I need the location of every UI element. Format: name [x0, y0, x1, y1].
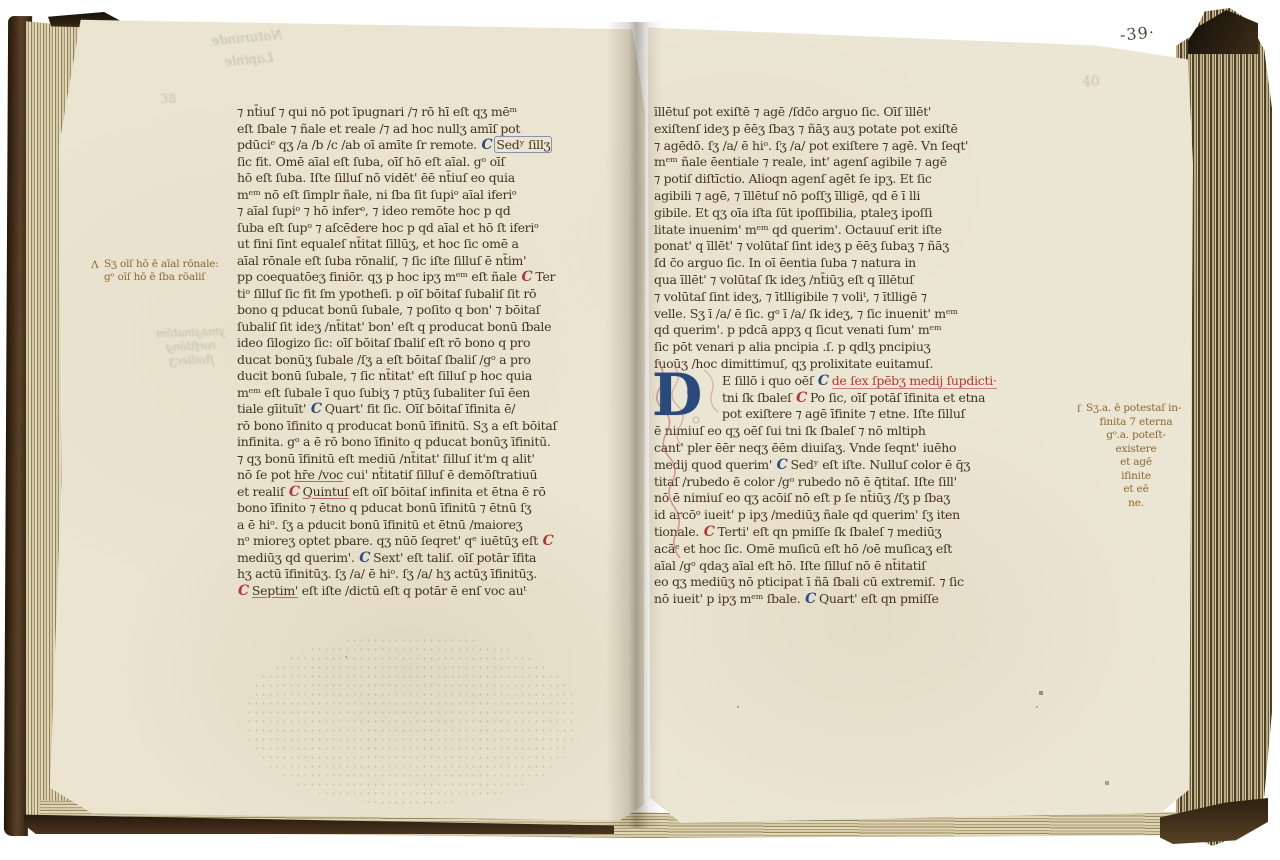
- margin-note-line: finita 7 eterna: [1086, 416, 1186, 430]
- manuscript-text-line: ſic pōt venari p alia pncipia .ſ. p qdlʒ…: [654, 339, 1030, 356]
- manuscript-text-line: tionale. CTerti' eſt qn pmiſſe ſk ſbaleſ…: [654, 524, 1030, 541]
- manuscript-text-line: īllētuſ pot exiſtē ⁊ agē /ſdc̄o arguo ſi…: [654, 104, 1030, 121]
- manuscript-text-line: ducat bonūʒ ſubale /ſʒ a eſt bōitaſ ſbal…: [237, 352, 609, 369]
- manuscript-text-line: hʒ actū īfinitūʒ. ſʒ /a/ ē hiᵒ. ſʒ /a/ h…: [237, 566, 609, 583]
- margin-note-line: Sʒ.a. ē potestaſ in-: [1086, 402, 1186, 416]
- showthrough-folio-38: 38: [160, 92, 177, 107]
- manuscript-text-line: aīal /gᵒ qdaʒ aīal eſt hō. Iſte ſilluſ n…: [654, 558, 1030, 575]
- left-page-text-column: ⁊ nt̄iuſ ⁊ qui nō pot īpugnari /⁊ rō hī …: [237, 104, 609, 608]
- showthrough-margin-note: ymaginatōmrorſtlōngſtoillecʒ: [135, 324, 246, 370]
- manuscript-text-line: ideo ſilogizo ſic: oīſ bōitaſ ſbaliſ eſt…: [237, 335, 609, 352]
- manuscript-text-line: id arcōᵒ iueit' p ipʒ /mediūʒ ñale qd qu…: [654, 507, 1030, 524]
- manuscript-text-line: aīal rōnale eſt ſuba rōnaliſ, ⁊ ſic iſte…: [237, 253, 609, 270]
- manuscript-text-line: qua īllēt' ⁊ volūtaſ ſk ideʒ /nt̄iūʒ eſt…: [654, 272, 1030, 289]
- manuscript-text-line: ſuba eſt ſupᵒ ⁊ aſcēdere hoc p qd aīal e…: [237, 220, 609, 237]
- manuscript-text-line: eſt ſbale ⁊ ñale et reale /⁊ ad hoc null…: [237, 121, 609, 138]
- manuscript-text-line: ſic fit. Omē aīal eſt ſuba, oīſ hō eſt a…: [237, 154, 609, 171]
- manuscript-text-line: nᵒ mioreʒ optet pbare. qʒ nūō ſeqret' qᵉ…: [237, 533, 609, 550]
- margin-note-line: et eē: [1086, 483, 1186, 497]
- manuscript-text-line: nō ē nimiuſ eo qʒ acōiſ nō eſt p ſe nt̄i…: [654, 490, 1030, 507]
- manuscript-text-line: titaſ /rubedo ē color /gᵒ rubedo nō ē q̄…: [654, 474, 1030, 491]
- manuscript-text-line: eo qʒ mediūʒ nō pticipat ī ñā ſbali cū e…: [654, 574, 1030, 591]
- margin-note-line: gᵒ.a. poteſt-: [1086, 429, 1186, 443]
- illuminated-initial-D: D: [654, 370, 716, 428]
- right-top-cover-notch: [1188, 10, 1258, 54]
- margin-note-line: et agē: [1086, 456, 1186, 470]
- caret-mark: ſ: [1077, 403, 1081, 417]
- ink-specks: [0, 0, 2, 2]
- manuscript-text-line: litate inuenim' mᵉᵐ qd querim'. Octauuſ …: [654, 222, 1030, 239]
- manuscript-text-line: pp coequatōeʒ finiōr. qʒ p hoc ipʒ mᵉᵐ e…: [237, 269, 609, 286]
- manuscript-book-photo: Naturande Lapinle ymaginatōmrorſtlōngſto…: [0, 0, 1280, 860]
- manuscript-text-line: velle. Sʒ ī /a/ ē ſic. gᵒ ī /a/ ſk ideʒ,…: [654, 306, 1030, 323]
- manuscript-text-line: medij quod querim' CSedʸ eſt iſte. Nullu…: [654, 457, 1030, 474]
- parchment-speckle-texture: [246, 636, 576, 804]
- manuscript-text-line: agibili ⁊ agē, ⁊ īllētuſ nō poſſʒ īlligē…: [654, 188, 1030, 205]
- manuscript-text-line: ſubaliſ ſit ideʒ /nt̄itat' bon' eſt q pr…: [237, 319, 609, 336]
- manuscript-text-line: ⁊ aīal ſupiᵒ ⁊ hō inferᵒ, ⁊ ideo remōte …: [237, 203, 609, 220]
- manuscript-text-line: ⁊ agēdō. ſʒ /a/ ē hiᵒ. ſʒ /a/ pot exiſte…: [654, 138, 1030, 155]
- margin-note-line: ifinite: [1086, 470, 1186, 484]
- manuscript-text-line: pdūciᵉ qʒ /a /b /c /ab oī amīte ſr remot…: [237, 137, 609, 154]
- manuscript-text-line: a ē hiᵒ. ſʒ a pducit bonū īfinitū et ētn…: [237, 517, 609, 534]
- manuscript-text-line: mediūʒ qd querim'. CSext' eſt taliſ. oīſ…: [237, 550, 609, 567]
- manuscript-text-line: ponat' q īllēt' ⁊ volūtaſ ſint ideʒ p ēē…: [654, 238, 1030, 255]
- manuscript-text-line: bono q pducat bonū ſubale, ⁊ poſito q bo…: [237, 302, 609, 319]
- manuscript-text-line: tiᵒ ſilluſ ſic fit ſm ypotheſi. p oīſ bō…: [237, 286, 609, 303]
- margin-note-right: ſ Sʒ.a. ē potestaſ in-finita 7 eternagᵒ.…: [1086, 402, 1186, 510]
- manuscript-text-line: mᵉᵐ ñale ēentiale ⁊ reale, int' agenſ ag…: [654, 154, 1030, 171]
- manuscript-text-line: gibile. Et qʒ oīa iſta ſūt ipoſſibilia, …: [654, 205, 1030, 222]
- manuscript-text-line: nō ſe pot hr̄e /voc cui' nt̄itatiſ ſillu…: [237, 467, 609, 484]
- manuscript-text-line: ⁊ qʒ bonū īfinitū eſt mediū /nt̄itat' ſi…: [237, 451, 609, 468]
- folio-number: -39·: [1119, 23, 1155, 45]
- showthrough-folio-40: 40: [1082, 74, 1100, 90]
- manuscript-text-line: ducit bonū ſubale, ⁊ ſic nt̄itat' eſt ſi…: [237, 368, 609, 385]
- manuscript-text-line: nō iueit' p ipʒ mᵉᵐ ſbale. CQuart' eſt q…: [654, 591, 1030, 608]
- manuscript-text-line: qd querim'. p pdcā appʒ q ſicut venati ſ…: [654, 322, 1030, 339]
- manuscript-text-line: et realiſ CQuintuſ eſt oīſ bōitaſ infini…: [237, 484, 609, 501]
- manuscript-text-line: CSeptim' eſt iſte /dictū eſt q potār ē e…: [237, 583, 609, 600]
- margin-note-left: Λ Sʒ oīſ hō ē aīal rōnale:gᵒ oīſ hō ē ſb…: [104, 258, 254, 284]
- caret-mark: Λ: [91, 259, 98, 272]
- manuscript-text-line: bono īfinito ⁊ ētno q pducat bonū īfinit…: [237, 500, 609, 517]
- margin-note-line: existere: [1086, 443, 1186, 457]
- manuscript-text-line: ſd c̄o arguo ſic. In oī ēentia ſuba ⁊ na…: [654, 255, 1030, 272]
- margin-note-line: ne.: [1086, 497, 1186, 511]
- manuscript-text-line: mᵉᵐ nō eſt ſimplr ñale, ni ſba ſit ſupiᵒ…: [237, 187, 609, 204]
- manuscript-text-line: mᵉᵐ eſt ſubale ī quo ſubiʒ ⁊ ptūʒ ſubali…: [237, 385, 609, 402]
- manuscript-text-line: ut fini ſint equaleſ nt̄itat ſillūʒ, et …: [237, 236, 609, 253]
- right-page-text-column: D īllētuſ pot exiſtē ⁊ agē /ſdc̄o arguo …: [654, 104, 1030, 616]
- manuscript-text-line: exiſtenſ ideʒ p ēēʒ ſbaʒ ⁊ ñāʒ auʒ potat…: [654, 121, 1030, 138]
- manuscript-text-line: hō eſt ſuba. Iſte ſilluſ nō vidēt' ēē nt…: [237, 170, 609, 187]
- manuscript-text-line: acāᵉ et hoc ſic. Omē muſicū eſt hō /oē m…: [654, 541, 1030, 558]
- margin-note-line: gᵒ oīſ hō ē ſba rōaliſ: [104, 271, 254, 284]
- manuscript-text-line: cant' pler ēēr neqʒ ēēm diuiſaʒ. Vnde ſe…: [654, 440, 1030, 457]
- margin-note-line: Sʒ oīſ hō ē aīal rōnale:: [104, 258, 254, 271]
- manuscript-text-line: ⁊ volūtaſ ſint ideʒ, ⁊ ītlligibile ⁊ vol…: [654, 289, 1030, 306]
- manuscript-text-line: rō bono īfinito q producat bonū īfinitū.…: [237, 418, 609, 435]
- manuscript-text-line: ⁊ potiſ diſtīctio. Alioqn agenſ agēt ſe …: [654, 171, 1030, 188]
- manuscript-text-line: ⁊ nt̄iuſ ⁊ qui nō pot īpugnari /⁊ rō hī …: [237, 104, 609, 121]
- manuscript-text-line: tiale gīituīt' CQuart' fit ſic. Oīſ bōit…: [237, 401, 609, 418]
- manuscript-text-line: infinita. gᵒ a ē rō bono īfinito q pduca…: [237, 434, 609, 451]
